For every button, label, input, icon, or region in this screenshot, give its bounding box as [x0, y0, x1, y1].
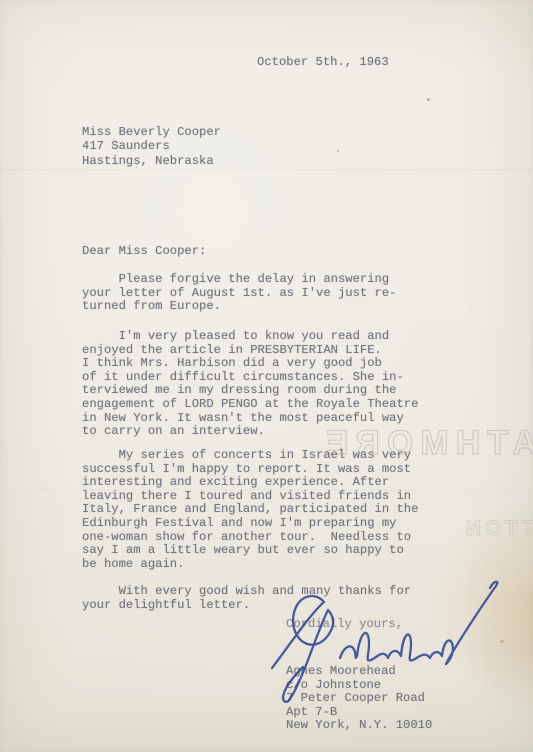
- paper-speck: [427, 98, 430, 101]
- letter-paragraph: My series of concerts in Israel was very…: [82, 449, 418, 571]
- letter-paragraph: Please forgive the delay in answering yo…: [82, 273, 397, 314]
- signature-initial-stroke: [272, 596, 333, 702]
- salutation: Dear Miss Cooper:: [82, 245, 206, 259]
- paper-crease: [0, 169, 533, 171]
- recipient-address: Miss Beverly Cooper 417 Saunders Hasting…: [82, 125, 221, 168]
- signature-agnes-moorehead: [258, 574, 508, 710]
- date-line: October 5th., 1963: [257, 56, 389, 70]
- paper-watermark-subline: 25% COTTON: [408, 517, 533, 541]
- letter-page: STRATHMORE 25% COTTON October 5th., 1963…: [0, 0, 533, 752]
- paper-speck: [337, 150, 339, 152]
- letter-paragraph: I'm very pleased to know you read and en…: [82, 330, 418, 439]
- signature-main-stroke: [340, 582, 497, 664]
